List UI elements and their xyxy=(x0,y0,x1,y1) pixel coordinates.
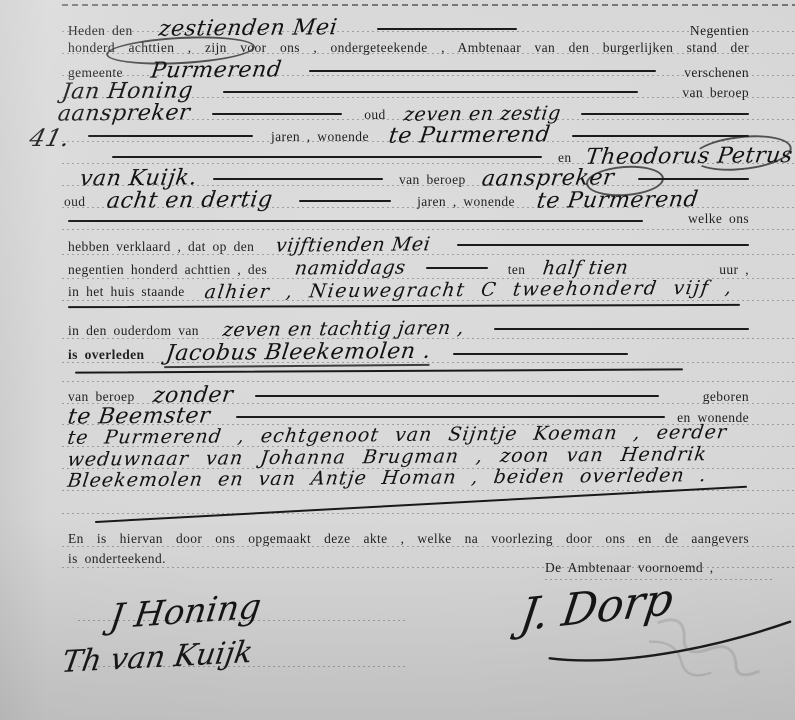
hw-death-daypart: namiddags xyxy=(294,257,408,280)
line-death-date: hebben verklaard , dat op den vijftiende… xyxy=(68,234,749,256)
label-is-overleden: is overleden xyxy=(68,347,144,367)
act-number: 41. xyxy=(27,124,74,152)
ink-strike xyxy=(236,416,665,418)
ink-strike xyxy=(457,244,749,246)
form-guide-line xyxy=(62,381,795,382)
hw-detail-3: Bleekemolen en van Antje Homan , beiden … xyxy=(66,464,708,492)
ink-strike xyxy=(581,113,749,115)
label-closing-1: En is hiervan door ons opgemaakt deze ak… xyxy=(68,531,749,546)
hw-death-time: half tien xyxy=(542,257,630,280)
line-deceased-name: is overleden Jacobus Bleekemolen . xyxy=(68,340,749,367)
hw-deceased-name: Jacobus Bleekemolen . xyxy=(164,339,432,368)
ink-rule xyxy=(75,368,683,373)
ink-strike xyxy=(299,200,391,202)
line-death-time: negentien honderd achttien , des namidda… xyxy=(68,257,749,279)
form-guide-line xyxy=(62,513,795,514)
ink-strike xyxy=(494,328,749,330)
ink-strike xyxy=(213,178,383,180)
ink-strike xyxy=(212,113,342,115)
line-detail-3: Bleekemolen en van Antje Homan , beiden … xyxy=(68,467,749,489)
label-negentien-honderd: negentien honderd achttien , des xyxy=(68,262,267,278)
ink-strike xyxy=(309,70,656,72)
ink-strike xyxy=(377,28,517,30)
label-heden-den: Heden den xyxy=(68,23,133,39)
label-closing-2: is onderteekend. xyxy=(68,551,166,567)
ink-rule xyxy=(68,304,740,308)
ink-strike xyxy=(255,395,659,397)
diagonal-ink-strike xyxy=(95,486,747,523)
hw-death-house: alhier , Nieuwegracht C tweehonderd vijf… xyxy=(203,277,734,304)
label-welke-ons: welke ons xyxy=(688,211,749,230)
death-certificate-scan: 41. Heden den zestienden Mei Negentien h… xyxy=(0,0,795,720)
line-death-house: in het huis staande alhier , Nieuwegrach… xyxy=(68,279,789,301)
signature-declarant1: J Honing xyxy=(107,586,263,637)
label-ten: ten xyxy=(508,262,526,278)
label-uur: uur , xyxy=(719,262,749,278)
label-verklaard: hebben verklaard , dat op den xyxy=(68,239,254,255)
line-ambtenaar: De Ambtenaar voornoemd , xyxy=(545,560,749,576)
line-closing-1: En is hiervan door ons opgemaakt deze ak… xyxy=(68,530,749,548)
ink-strike xyxy=(453,353,628,355)
label-negentien: Negentien xyxy=(690,23,749,39)
label-ouderdom: in den ouderdom van xyxy=(68,323,199,339)
form-guide-line xyxy=(62,4,795,6)
line-detail-1: te Purmerend , echtgenoot van Sijntje Ko… xyxy=(68,424,749,446)
ink-strike xyxy=(223,91,638,93)
line-declarant2-age: oud acht en dertig jaren , wonende te Pu… xyxy=(64,188,767,213)
hw-death-date: vijftienden Mei xyxy=(275,233,432,256)
ink-strike xyxy=(68,220,643,222)
signature-declarant2: Th van Kuijk xyxy=(59,635,255,680)
line-deceased-age: in den ouderdom van zeven en tachtig jar… xyxy=(68,318,749,340)
ink-strike xyxy=(112,156,542,158)
label-huis: in het huis staande xyxy=(68,284,185,300)
ink-strike xyxy=(426,267,488,269)
hw-deceased-age: zeven en tachtig jaren , xyxy=(221,317,465,341)
ink-strike xyxy=(88,135,253,137)
ink-strike xyxy=(572,135,749,137)
hw-declarant2-age: acht en dertig xyxy=(106,187,275,213)
line-welke-ons: welke ons xyxy=(68,211,749,230)
